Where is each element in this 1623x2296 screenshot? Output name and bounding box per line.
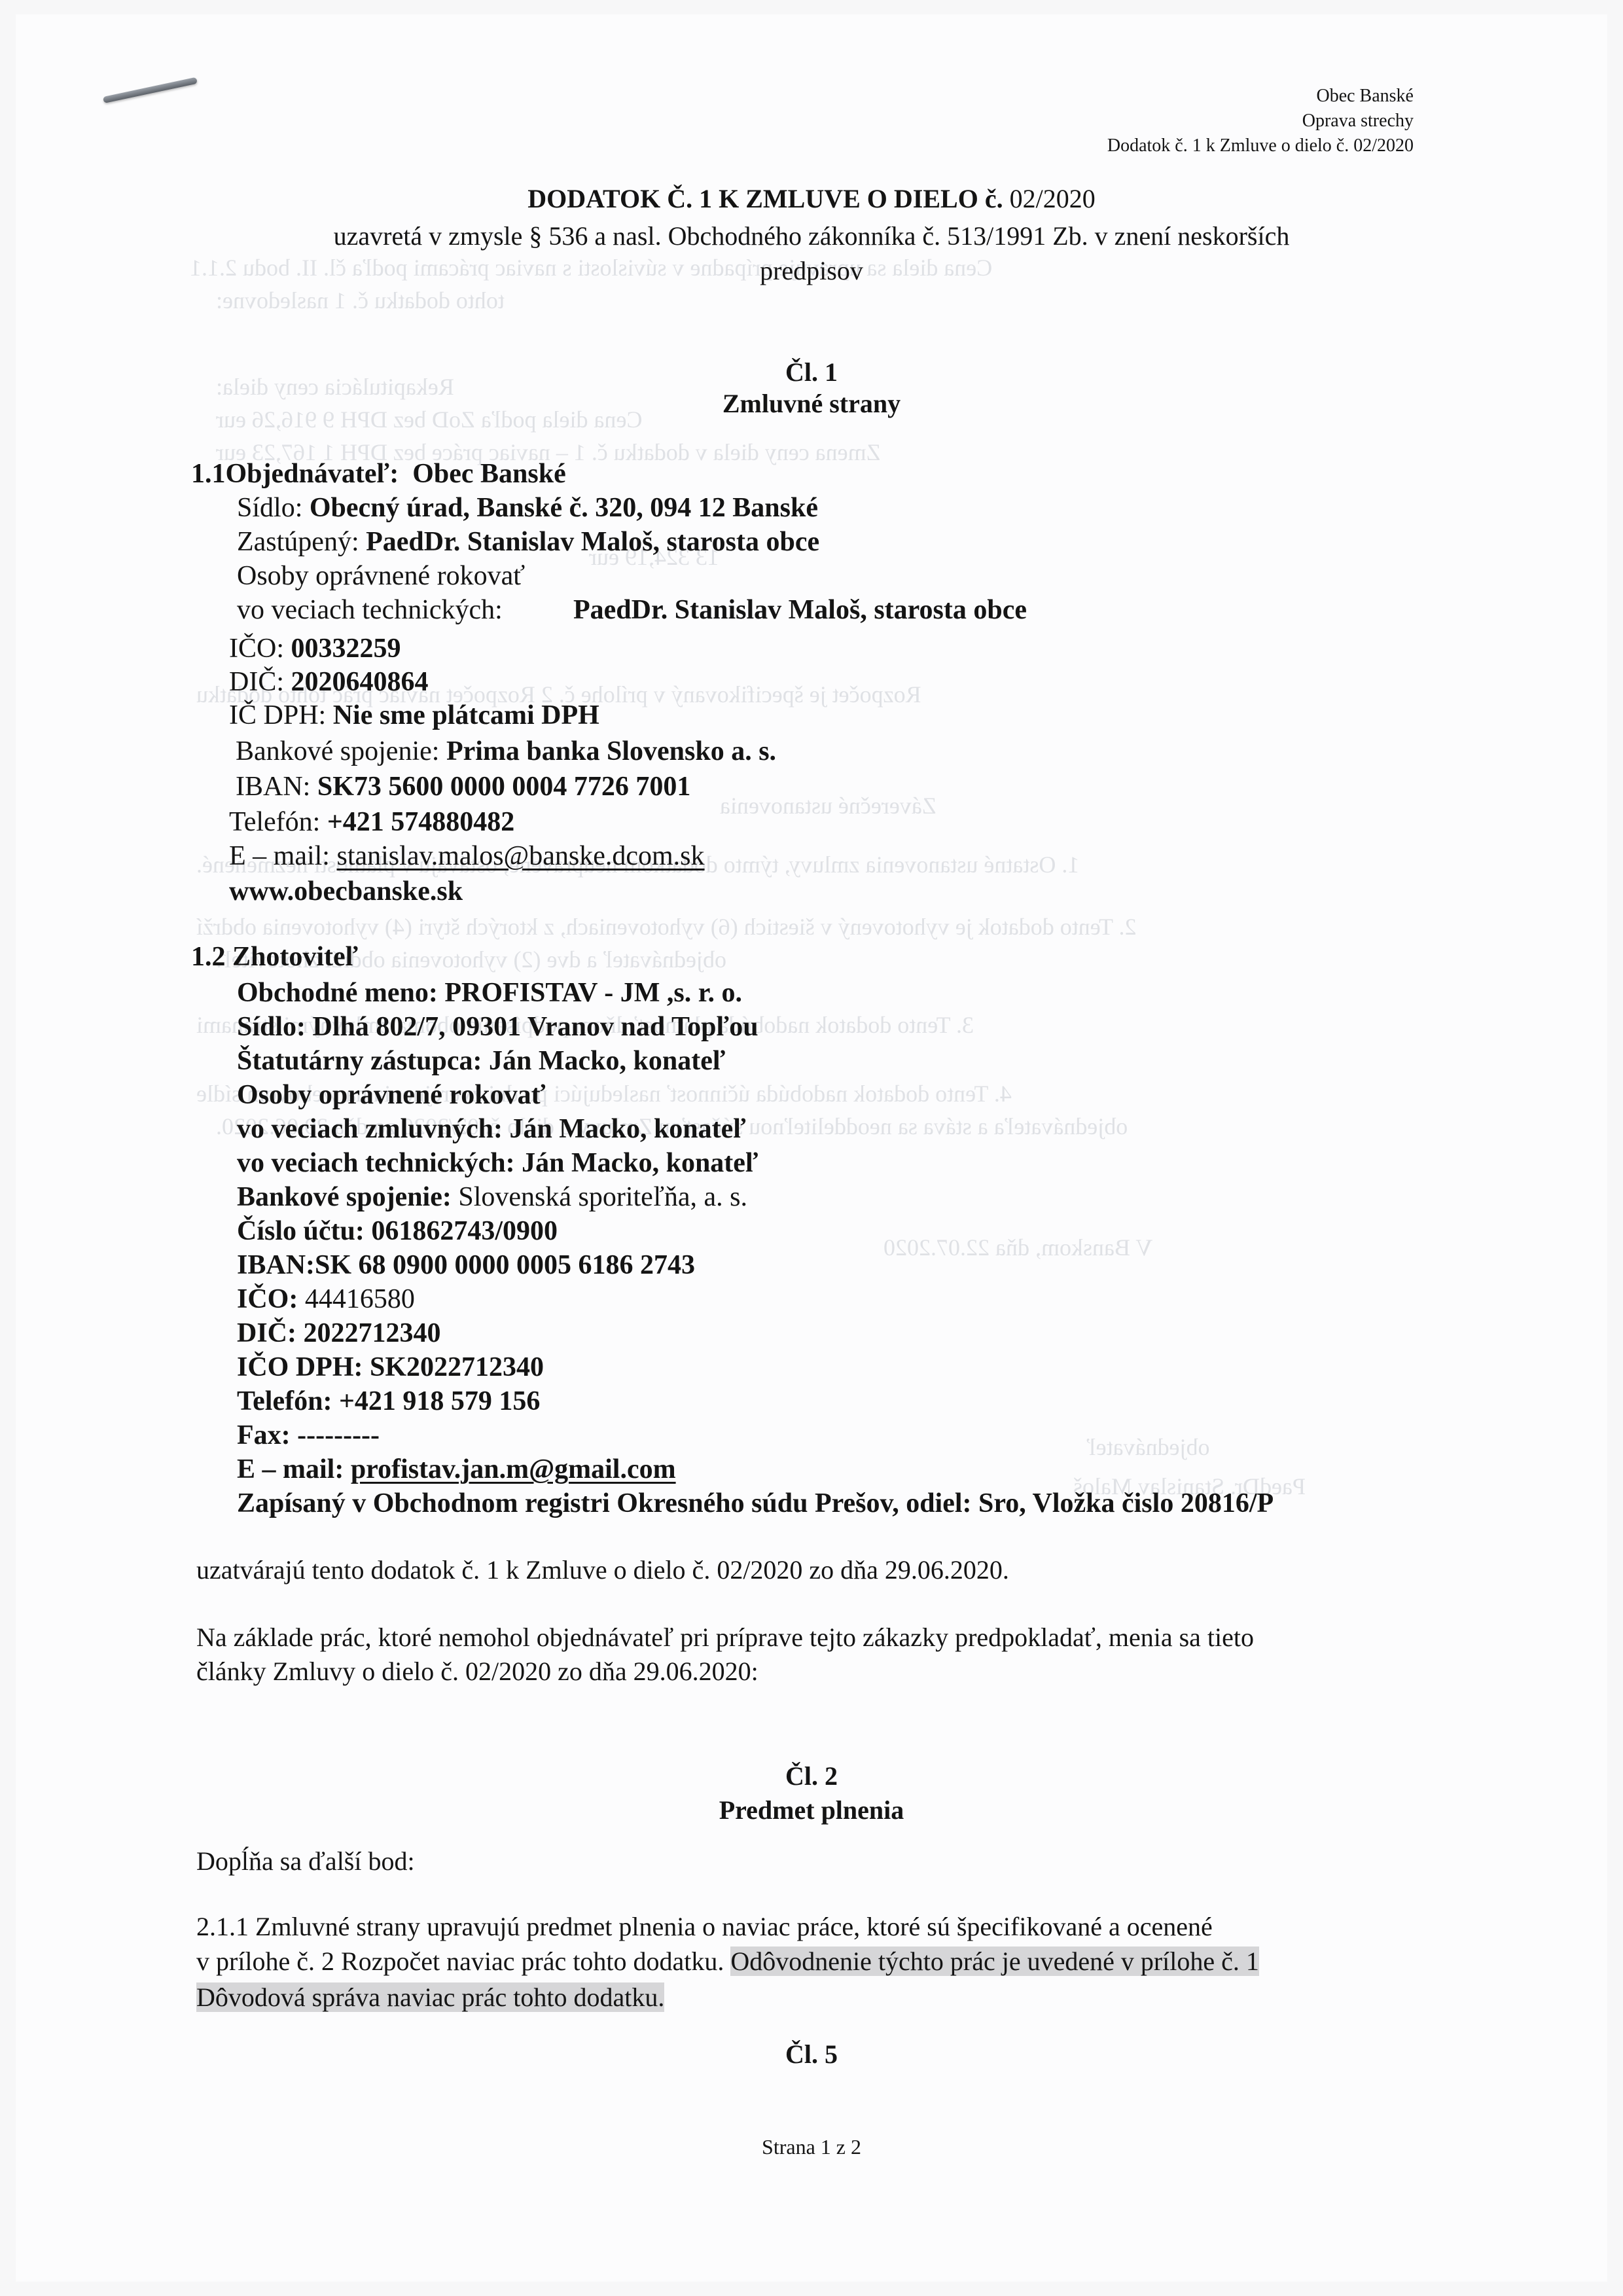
contractor-field-vat: IČO DPH: SK2022712340	[237, 1352, 544, 1383]
closing-line: uzatvárajú tento dodatok č. 1 k Zmluve o…	[196, 1554, 1009, 1585]
article-1-heading: Zmluvné strany	[0, 388, 1623, 419]
client-email-link[interactable]: stanislav.malos@banske.dcom.sk	[336, 841, 704, 871]
article-2-number: Čl. 2	[0, 1761, 1623, 1791]
contractor-field-phone: Telefón: +421 918 579 156	[237, 1386, 540, 1417]
header-line-3: Dodatok č. 1 k Zmluve o dielo č. 02/2020	[1107, 134, 1414, 158]
contractor-heading: 1.2 Zhotoviteľ	[191, 941, 358, 973]
contractor-field-statutory: Štatutárny zástupca: Ján Macko, konateľ	[237, 1045, 726, 1077]
contractor-field-iban: IBAN:SK 68 0900 0000 0005 6186 2743	[237, 1249, 695, 1281]
client-name: Obec Banské	[412, 459, 566, 489]
contractor-field-email: E – mail: profistav.jan.m@gmail.com	[237, 1454, 676, 1485]
title-number: 02/2020	[1003, 184, 1096, 213]
contractor-field-name: Obchodné meno: PROFISTAV - JM ,s. r. o.	[237, 977, 742, 1009]
client-field-iban: IBAN: SK73 5600 0000 0004 7726 7001	[236, 771, 690, 802]
highlighted-text: Odôvodnenie týchto prác je uvedené v prí…	[730, 1946, 1259, 1976]
client-field-represented: Zastúpený: PaedDr. Stanislav Maloš, star…	[237, 526, 819, 558]
intro-line-2: články Zmluvy o dielo č. 02/2020 zo dňa …	[196, 1656, 758, 1687]
contractor-field-authorized: Osoby oprávnené rokovať	[237, 1079, 546, 1111]
client-field-technical-value: PaedDr. Stanislav Maloš, starosta obce	[573, 594, 1027, 626]
document-title: DODATOK Č. 1 K ZMLUVE O DIELO č. 02/2020	[0, 183, 1623, 214]
contractor-field-technical: vo veciach technických: Ján Macko, konat…	[237, 1147, 758, 1179]
contractor-field-fax: Fax: ---------	[237, 1420, 380, 1451]
contractor-email-link[interactable]: profistav.jan.m@gmail.com	[351, 1454, 676, 1484]
subtitle-line-1: uzavretá v zmysle § 536 a nasl. Obchodné…	[0, 221, 1623, 251]
intro-line-1: Na základe prác, ktoré nemohol objednáva…	[196, 1622, 1254, 1653]
article-2-para-line-3: Dôvodová správa naviac prác tohto dodatk…	[196, 1982, 664, 2013]
client-field-bank: Bankové spojenie: Prima banka Slovensko …	[236, 736, 776, 767]
title-bold: DODATOK Č. 1 K ZMLUVE O DIELO č.	[527, 184, 1003, 213]
client-field-authorized: Osoby oprávnené rokovať	[237, 560, 525, 592]
subtitle-line-2: predpisov	[0, 255, 1623, 286]
article-2-para-line-1: 2.1.1 Zmluvné strany upravujú predmet pl…	[196, 1911, 1213, 1942]
highlighted-text: Dôvodová správa naviac prác tohto dodatk…	[196, 1982, 664, 2012]
article-1-number: Čl. 1	[0, 357, 1623, 387]
client-field-ico: IČO: 00332259	[229, 633, 401, 664]
client-field-email: E – mail: stanislav.malos@banske.dcom.sk	[229, 840, 705, 872]
article-2-para-line-2: v prílohe č. 2 Rozpočet naviac prác toht…	[196, 1946, 1259, 1977]
header-line-1: Obec Banské	[1316, 84, 1414, 109]
contractor-field-contractual: vo veciach zmluvných: Ján Macko, konateľ	[237, 1113, 746, 1145]
page-number: Strana 1 z 2	[0, 2135, 1623, 2159]
client-website[interactable]: www.obecbanske.sk	[229, 876, 463, 907]
client-field-dic: DIČ: 2020640864	[229, 666, 429, 698]
article-2-heading: Predmet plnenia	[0, 1795, 1623, 1825]
client-label: 1.1Objednávateľ:	[191, 459, 399, 489]
client-field-technical: vo veciach technických:	[237, 594, 503, 626]
header-line-2: Oprava strechy	[1302, 109, 1414, 134]
contractor-field-dic: DIČ: 2022712340	[237, 1318, 441, 1349]
contractor-field-account: Číslo účtu: 061862743/0900	[237, 1215, 558, 1247]
contractor-field-seat: Sídlo: Dlhá 802/7, 09301 Vranov nad Topľ…	[237, 1011, 758, 1043]
client-field-vat: IČ DPH: Nie sme plátcami DPH	[229, 700, 599, 731]
contractor-field-registry: Zapísaný v Obchodnom registri Okresného …	[237, 1488, 1274, 1519]
article-5-number: Čl. 5	[0, 2039, 1623, 2070]
contractor-field-bank: Bankové spojenie: Slovenská sporiteľňa, …	[237, 1181, 747, 1213]
client-field-phone: Telefón: +421 574880482	[229, 806, 514, 838]
client-field-seat: Sídlo: Obecný úrad, Banské č. 320, 094 1…	[237, 492, 818, 524]
contractor-field-ico: IČO: 44416580	[237, 1283, 415, 1315]
article-2-lead: Dopĺňa sa ďalší bod:	[196, 1846, 415, 1876]
client-heading: 1.1Objednávateľ: Obec Banské	[191, 458, 566, 490]
